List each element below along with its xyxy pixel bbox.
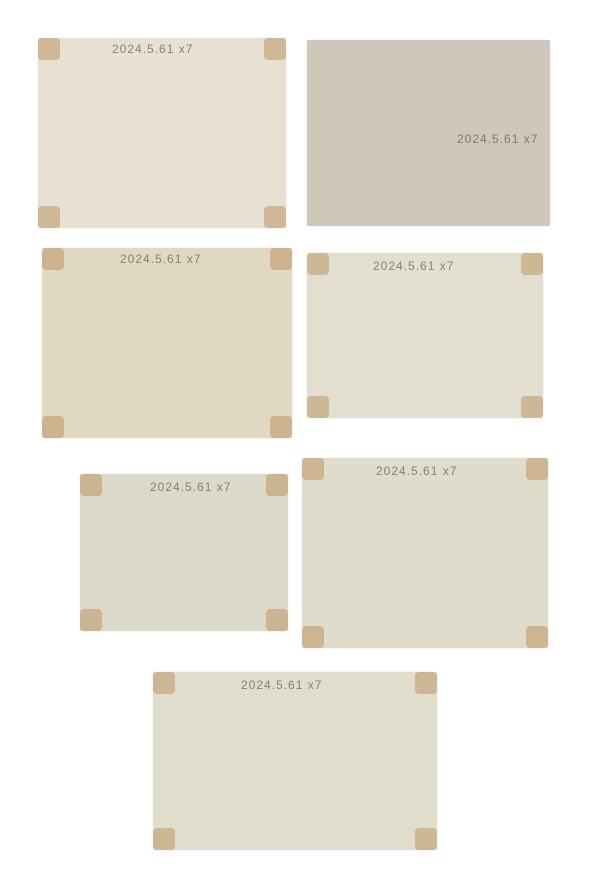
paper-sheet-2: 2024.5.61 x7: [307, 40, 550, 226]
inscription: 2024.5.61 x7: [241, 678, 322, 692]
paper-sheet-6: 2024.5.61 x7: [302, 458, 548, 648]
inscription: 2024.5.61 x7: [457, 132, 538, 146]
inscription: 2024.5.61 x7: [373, 259, 454, 273]
inscription: 2024.5.61 x7: [112, 42, 193, 56]
paper-sheet-4: 2024.5.61 x7: [307, 253, 543, 418]
inscription: 2024.5.61 x7: [150, 480, 231, 494]
paper-sheet-5: 2024.5.61 x7: [80, 474, 288, 631]
inscription: 2024.5.61 x7: [120, 252, 201, 266]
inscription: 2024.5.61 x7: [376, 464, 457, 478]
paper-sheet-1: 2024.5.61 x7: [38, 38, 286, 228]
paper-sheet-3: 2024.5.61 x7: [42, 248, 292, 438]
paper-sheet-7: 2024.5.61 x7: [153, 672, 437, 850]
